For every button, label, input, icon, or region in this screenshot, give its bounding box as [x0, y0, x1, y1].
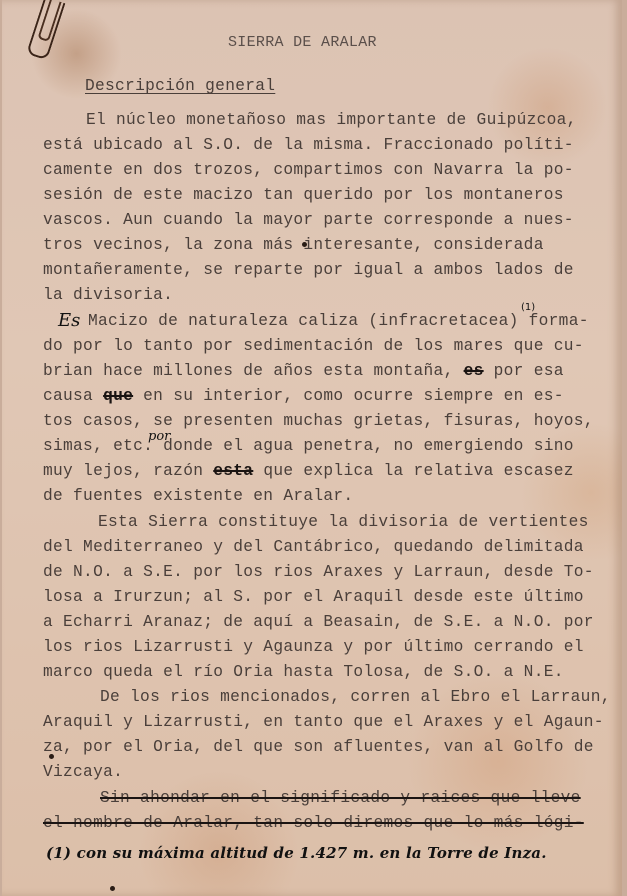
handwritten-footnote: (1) con su máxima altitud de 1.427 m. en…	[46, 844, 547, 862]
text-line: losa a Irurzun; al S. por el Araquil des…	[43, 588, 584, 606]
text-line: vascos. Aun cuando la mayor parte corres…	[43, 211, 574, 229]
text-line: za, por el Oria, del que son afluentes, …	[43, 738, 594, 756]
document-page: SIERRA DE ARALAR Descripción general El …	[2, 0, 622, 896]
text-line: tos casos, se presenten muchas grietas, …	[43, 412, 594, 430]
struck-word: es	[464, 362, 484, 380]
ink-dot	[49, 754, 54, 759]
text-line: causa que en su interior, como ocurre si…	[43, 387, 564, 405]
text-line: camente en dos trozos, compartimos con N…	[43, 161, 574, 179]
text-line: tros vecinos, la zona más interesante, c…	[43, 236, 544, 254]
text-line: simas, etc. donde el agua penetra, no em…	[43, 437, 574, 455]
struck-text-line: Sin ahondar en el significado y raices q…	[100, 789, 581, 807]
text-line: Macizo de naturaleza caliza (infracretac…	[78, 312, 589, 330]
text-line: De los rios mencionados, corren al Ebro …	[100, 688, 611, 706]
text-line: marco queda el río Oria hasta Tolosa, de…	[43, 663, 564, 681]
text-line: El núcleo monetañoso mas importante de G…	[86, 111, 577, 129]
struck-word: que	[103, 387, 133, 405]
text-line: a Echarri Aranaz; de aquí a Beasain, de …	[43, 613, 594, 631]
ink-dot	[302, 242, 307, 247]
text-line: do por lo tanto por sedimentación de los…	[43, 337, 584, 355]
text-line: brian hace millones de años esta montaña…	[43, 362, 564, 380]
text-line: muy lejos, razón esta que explica la rel…	[43, 462, 574, 480]
struck-word: esta	[213, 462, 253, 480]
text-line: Araquil y Lizarrusti, en tanto que el Ar…	[43, 713, 604, 731]
text-line: montañeramente, se reparte por igual a a…	[43, 261, 574, 279]
struck-text-line: el nombre de Aralar, tan solo diremos qu…	[43, 814, 584, 832]
text-line: Vizcaya.	[43, 763, 123, 781]
text-line: los rios Lizarrusti y Agaunza y por últi…	[43, 638, 584, 656]
text-line: Esta Sierra constituye la divisoria de v…	[98, 513, 589, 531]
text-line: de fuentes existente en Aralar.	[43, 487, 353, 505]
section-heading: Descripción general	[85, 77, 275, 95]
text-line: del Mediterraneo y del Cantábrico, queda…	[43, 538, 584, 556]
document-title: SIERRA DE ARALAR	[228, 34, 377, 51]
text-line: de N.O. a S.E. por los rios Araxes y Lar…	[43, 563, 594, 581]
text-line: sesión de este macizo tan querido por lo…	[43, 186, 564, 204]
paper-clip-icon	[26, 0, 65, 60]
text-line: la divisoria.	[43, 286, 173, 304]
ink-dot	[110, 886, 115, 891]
text-line: está ubicado al S.O. de la misma. Fracci…	[43, 136, 574, 154]
